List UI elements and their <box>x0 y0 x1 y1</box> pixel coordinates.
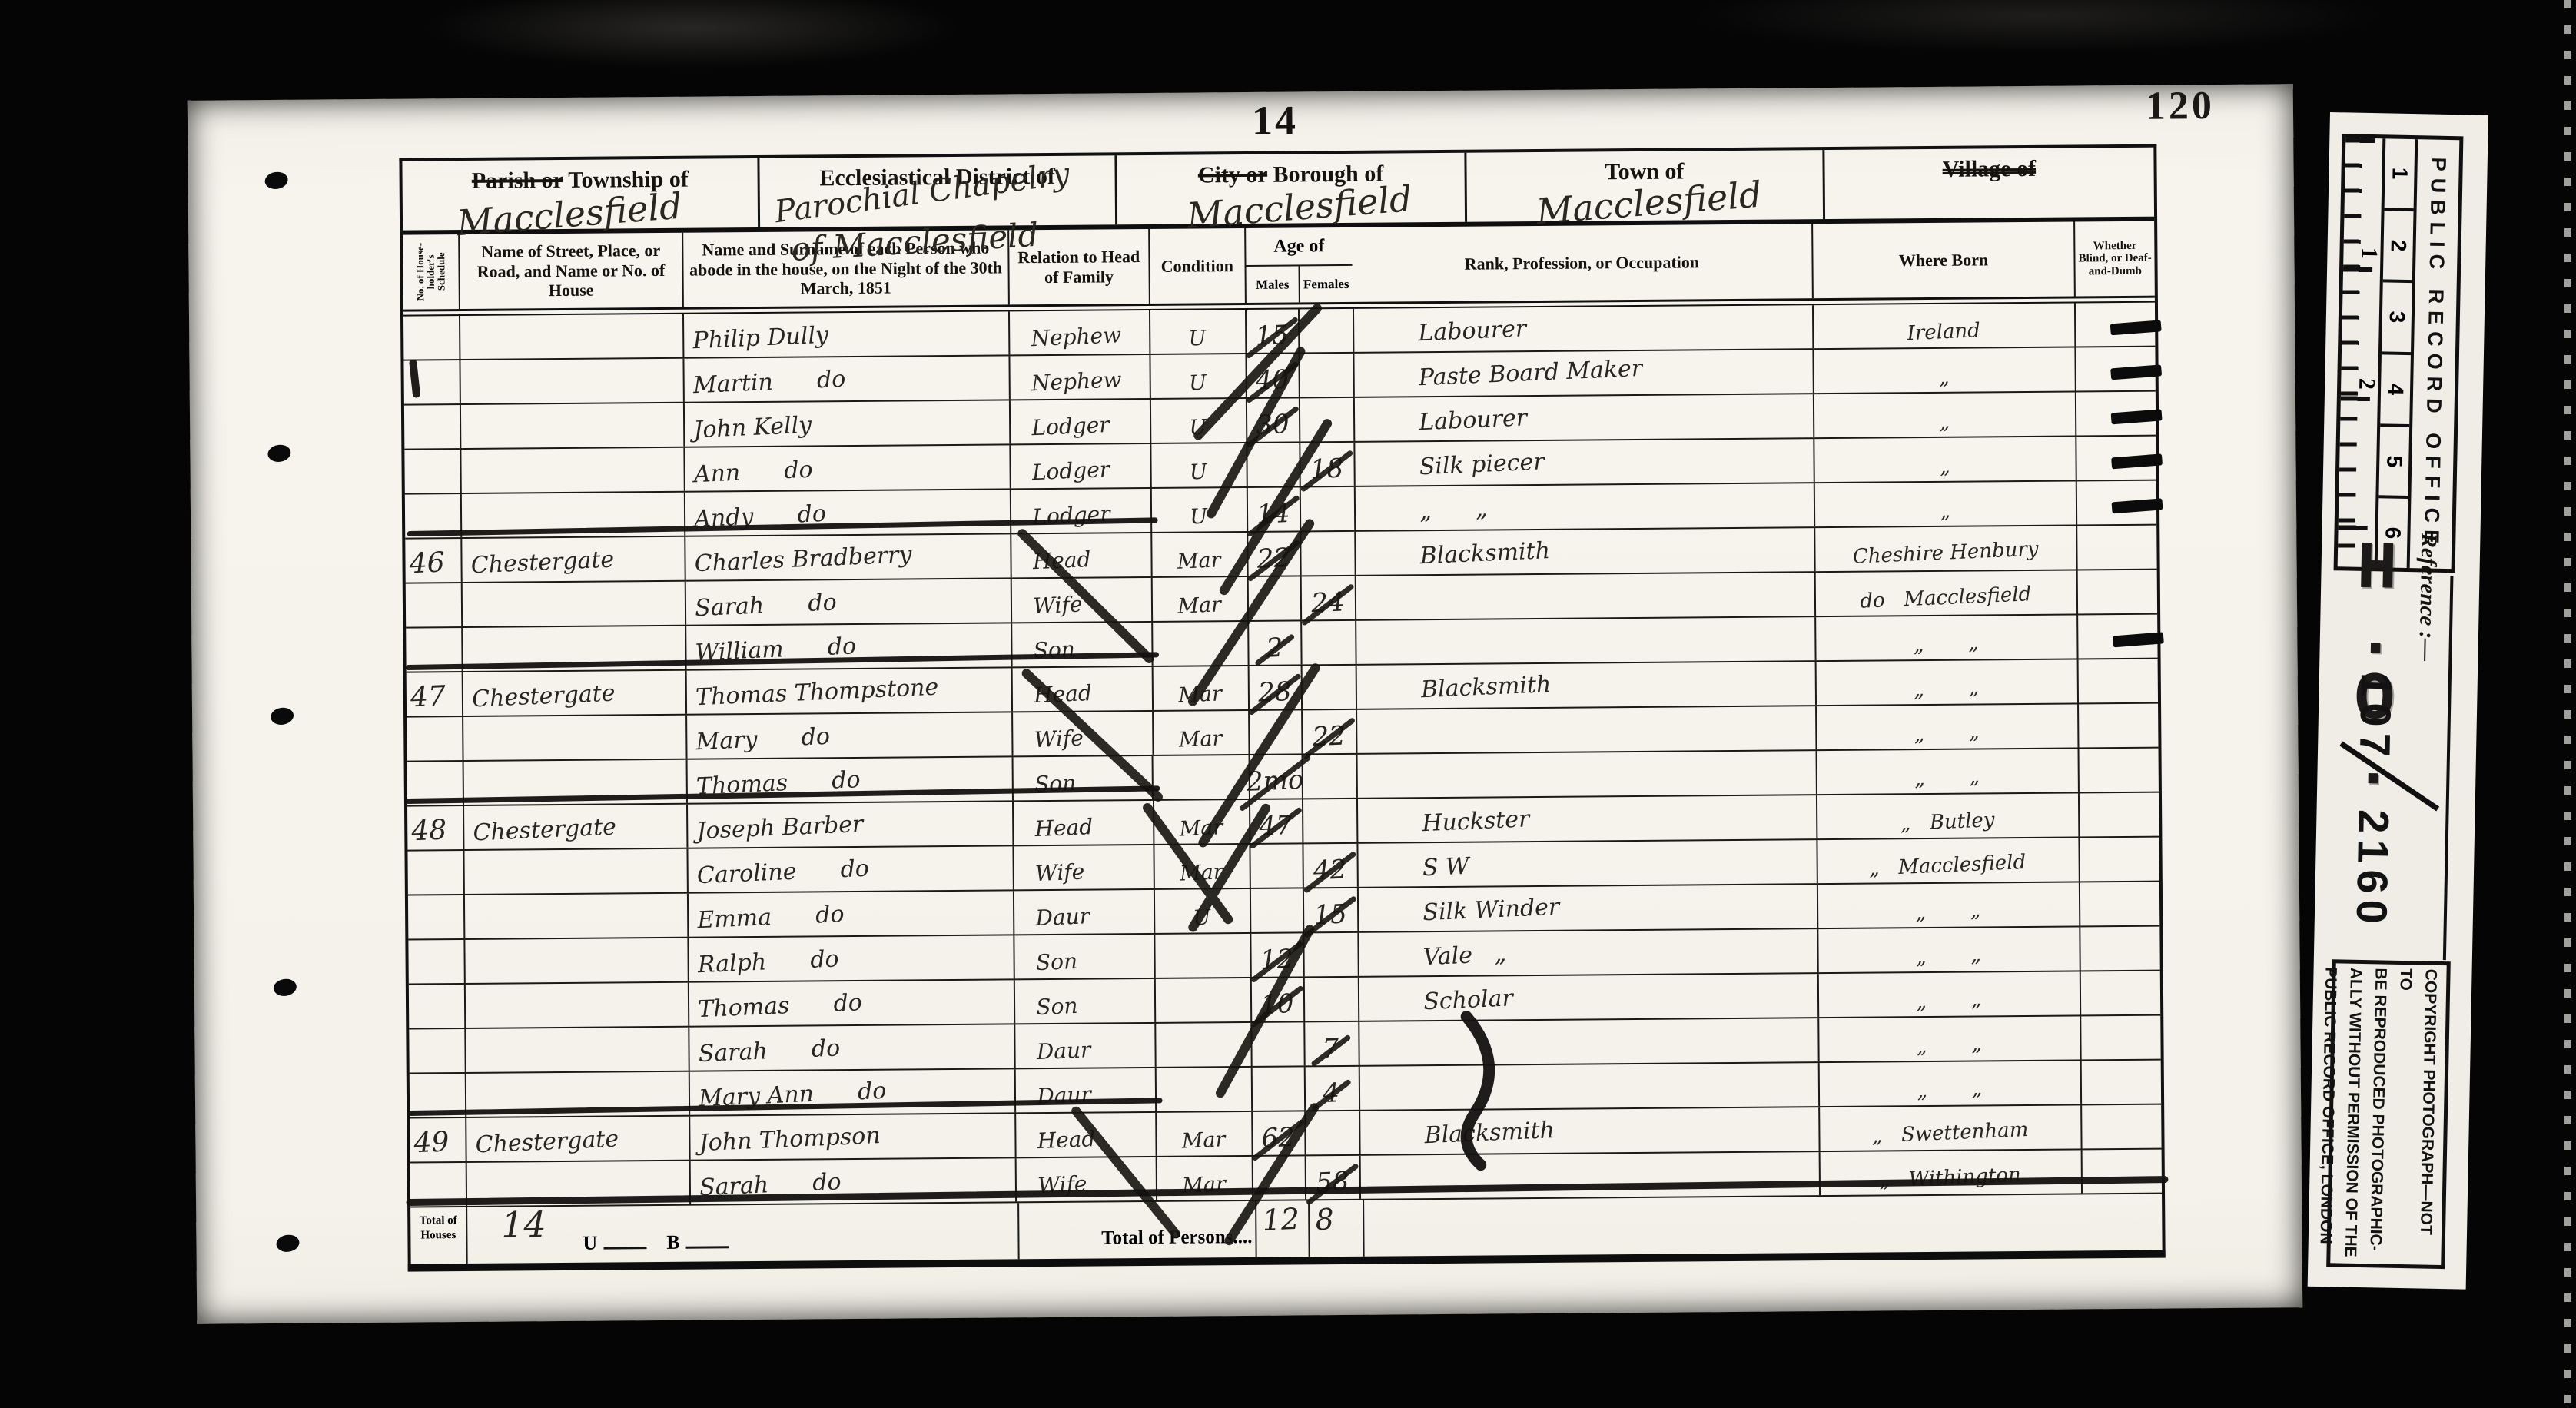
street-cell <box>464 1028 688 1072</box>
born-cell: „ „ <box>1815 749 2078 794</box>
street-value: Chestergate <box>463 816 617 849</box>
name-value: Mary do <box>686 726 831 759</box>
age-male-value <box>1277 1107 1280 1111</box>
occupation-value: Scholar <box>1358 987 1513 1021</box>
ruler-cell: 5 <box>2378 427 2409 499</box>
age-female-cell <box>1300 621 1355 665</box>
age-male-value <box>1276 929 1279 932</box>
relation-value: Son <box>1013 772 1077 800</box>
condition-cell: Mar <box>1155 1112 1252 1156</box>
relation-value: Head <box>1011 549 1092 577</box>
condition-cell <box>1154 1068 1251 1111</box>
street-cell <box>464 1072 688 1117</box>
blind-cell <box>2078 749 2159 792</box>
condition-value: U <box>1190 506 1208 532</box>
born-value: „ Swettenham <box>1871 1120 2029 1151</box>
punch-hole <box>264 171 289 191</box>
born-value: „ „ <box>1917 1079 1983 1106</box>
ruler: 1 2 1 2 3 4 5 6 PUBLIC RECORD OFFICE <box>2334 134 2464 573</box>
age-male-cell <box>1250 844 1303 888</box>
age-female-value: 42 <box>1311 856 1349 887</box>
age-female-cell <box>1300 487 1354 531</box>
relation-value: Lodger <box>1011 459 1111 488</box>
name-cell: Andy do <box>684 490 1011 535</box>
relation-cell: Wife <box>1015 1157 1156 1201</box>
occupation-cell <box>1358 1018 1817 1065</box>
blind-cell <box>2076 570 2157 614</box>
ink-mark <box>2111 453 2163 469</box>
born-value: „ „ <box>1914 767 1980 794</box>
born-cell: „ „ <box>1814 615 2077 660</box>
born-cell: do Macclesfield <box>1814 570 2076 616</box>
age-female-value <box>1329 1018 1333 1021</box>
name-cell: John Thompson <box>689 1114 1015 1159</box>
born-value: „ <box>1938 367 1950 392</box>
header-age-label: Age of <box>1246 227 1352 267</box>
name-cell: John Kelly <box>683 400 1010 446</box>
age-female-cell <box>1298 309 1353 353</box>
street-value <box>466 1068 475 1072</box>
schedule-value <box>410 1202 415 1206</box>
copyright-line: COPYRIGHT PHOTOGRAPH—NOT TO <box>2387 968 2442 1261</box>
age-female-value <box>1331 1151 1334 1154</box>
age-male-cell: 28 <box>1248 666 1301 709</box>
name-value: Charles Bradberry <box>685 543 912 580</box>
ruler-cell: 4 <box>2380 354 2411 427</box>
blind-cell <box>2074 303 2155 347</box>
condition-cell: Mar <box>1150 533 1247 576</box>
name-value: Sarah do <box>689 1037 841 1070</box>
punch-hole <box>267 443 292 463</box>
name-cell: Charles Bradberry <box>684 534 1011 579</box>
age-male-value <box>1277 1197 1280 1200</box>
condition-cell <box>1154 1023 1251 1067</box>
relation-cell: Son <box>1012 756 1153 800</box>
name-value: Ralph do <box>688 948 839 981</box>
occupation-cell: Blacksmith <box>1355 662 1814 709</box>
age-female-value <box>1325 438 1328 441</box>
blind-cell <box>2076 526 2157 570</box>
punch-hole <box>270 706 295 726</box>
age-male-cell: 47 <box>1249 799 1302 843</box>
town-cell: Town of Macclesfield <box>1465 150 1823 222</box>
born-value: „ Macclesfield <box>1869 852 2027 883</box>
total-persons-label: Total of Persons.... <box>1017 1201 1256 1259</box>
condition-value: U <box>1188 373 1207 398</box>
total-houses-cell: 14 UB <box>466 1203 1018 1264</box>
street-cell <box>463 894 687 938</box>
age-male-cell <box>1246 443 1299 486</box>
street-value <box>461 488 470 493</box>
occupation-value <box>1357 746 1422 753</box>
relation-cell: Head <box>1012 801 1153 845</box>
age-female-value <box>1325 349 1328 352</box>
relation-cell: Lodger <box>1010 444 1150 488</box>
name-value: John Thompson <box>689 1124 881 1160</box>
name-value: Thomas do <box>689 991 863 1026</box>
microfilm-background: 14 120 <box>0 0 2576 1408</box>
census-form: Parish or Township of Macclesfield Eccle… <box>399 144 2165 1272</box>
folio-number: 14 <box>1252 96 1298 144</box>
relation-value: Wife <box>1011 593 1084 622</box>
total-houses-label: Total of Houses <box>410 1207 466 1264</box>
age-female-cell: 18 <box>1299 443 1353 486</box>
name-cell: Ann do <box>683 445 1010 490</box>
condition-cell <box>1152 755 1249 799</box>
reference-label: Reference :— <box>2413 533 2441 661</box>
village-cell: Village of <box>1822 148 2154 219</box>
condition-value: Mar <box>1180 862 1224 888</box>
condition-value: Mar <box>1182 1174 1227 1200</box>
occupation-cell <box>1354 573 1814 619</box>
total-houses-value: 14 <box>501 1204 546 1245</box>
relation-value: Son <box>1014 995 1078 1023</box>
condition-cell: Mar <box>1151 666 1248 710</box>
relation-cell: Wife <box>1013 845 1154 889</box>
born-value: „ „ <box>1913 633 1979 660</box>
total-males-value: 12 <box>1262 1204 1300 1235</box>
street-value <box>466 1112 476 1117</box>
relation-value: Nephew <box>1010 369 1123 399</box>
age-male-cell: 12 <box>1250 933 1303 977</box>
age-male-value: 10 <box>1259 991 1296 1021</box>
schedule-cell <box>407 717 462 761</box>
born-cell: „ „ <box>1817 971 2080 1017</box>
relation-cell: Head <box>1010 533 1150 577</box>
age-female-cell <box>1302 755 1356 799</box>
blind-cell <box>2078 793 2159 837</box>
total-males-cell: 12 <box>1255 1200 1309 1257</box>
age-female-value <box>1327 661 1330 664</box>
blind-cell <box>2077 659 2158 703</box>
schedule-value <box>407 801 412 805</box>
schedule-cell <box>408 940 463 984</box>
reference-series: 107 <box>2350 672 2402 764</box>
blind-cell <box>2079 838 2159 882</box>
schedule-cell <box>409 985 464 1028</box>
age-male-value <box>1275 885 1278 888</box>
street-value: Chestergate <box>461 549 615 582</box>
born-value: „ „ <box>1916 990 1982 1017</box>
age-male-value: 2mo <box>1245 767 1306 799</box>
condition-cell: U <box>1153 889 1250 933</box>
age-male-cell <box>1251 1067 1304 1111</box>
street-value <box>465 978 474 983</box>
header-females: Females <box>1299 266 1353 303</box>
film-smudge <box>1691 0 2382 54</box>
occupation-value <box>1359 1058 1424 1065</box>
occupation-cell: „ „ <box>1353 483 1813 530</box>
schedule-value <box>404 444 409 448</box>
age-female-cell: 22 <box>1301 710 1356 754</box>
condition-cell: Mar <box>1155 1157 1252 1200</box>
schedule-cell <box>405 494 460 538</box>
relation-cell: Son <box>1014 979 1154 1023</box>
relation-value: Son <box>1011 639 1075 666</box>
name-cell: Sarah do <box>684 579 1011 624</box>
age-male-value: 47 <box>1257 812 1295 843</box>
schedule-cell <box>408 895 463 939</box>
name-cell: Thomas do <box>688 980 1014 1025</box>
born-cell: Cheshire Henbury <box>1814 526 2076 571</box>
relation-value: Wife <box>1014 861 1086 889</box>
occupation-cell: Vale „ <box>1357 929 1817 976</box>
born-value: Ireland <box>1907 320 1981 347</box>
street-value <box>460 399 470 403</box>
born-cell: „ <box>1813 482 2076 527</box>
street-cell <box>460 493 684 537</box>
name-cell: William do <box>685 623 1011 669</box>
condition-cell: U <box>1149 399 1246 443</box>
age-female-cell: 58 <box>1305 1156 1359 1200</box>
occupation-value: Silk piecer <box>1354 450 1545 486</box>
schedule-value <box>405 489 410 493</box>
name-value: Thomas do <box>686 769 861 803</box>
relation-cell: Daur <box>1013 890 1154 934</box>
born-cell: „ Withington <box>1818 1150 2081 1195</box>
born-cell: „ „ <box>1817 1061 2080 1106</box>
name-cell: Sarah do <box>688 1024 1014 1070</box>
street-value <box>464 800 473 805</box>
relation-value: Wife <box>1016 1173 1088 1201</box>
age-male-value: 40 <box>1253 367 1291 397</box>
header-age: Age of Males Females <box>1244 227 1353 303</box>
age-male-cell: 2mo <box>1249 755 1302 799</box>
age-female-value <box>1328 795 1331 798</box>
blind-cell <box>2075 347 2156 391</box>
age-male-cell: 15 <box>1245 309 1298 353</box>
schedule-cell <box>406 583 461 627</box>
occupation-value: Huckster <box>1357 808 1530 842</box>
header-born: Where Born <box>1811 222 2074 299</box>
occupation-cell <box>1358 1063 1817 1110</box>
age-female-value <box>1325 394 1328 397</box>
born-value: „ <box>1940 501 1951 526</box>
ruler-cell: 3 <box>2382 283 2412 355</box>
occupation-value <box>1356 657 1421 664</box>
age-female-cell: 15 <box>1303 888 1357 932</box>
street-value <box>463 755 473 760</box>
reference-piece: 2160 <box>2347 809 2399 931</box>
copyright-text: COPYRIGHT PHOTOGRAPH—NOT TO BE REPRODUCE… <box>2334 967 2442 1261</box>
name-value: William do <box>685 635 857 669</box>
born-cell: „ <box>1812 348 2075 394</box>
schedule-cell: 47 <box>407 672 462 716</box>
condition-value: U <box>1189 462 1207 487</box>
born-cell: „ Macclesfield <box>1816 838 2079 883</box>
occupation-value <box>1361 1192 1426 1199</box>
condition-cell <box>1154 978 1250 1022</box>
born-cell: „ „ <box>1817 927 2080 972</box>
relation-cell: Wife <box>1011 578 1151 622</box>
name-cell: Emma do <box>687 891 1014 936</box>
age-male-cell <box>1247 576 1300 620</box>
street-cell <box>460 403 683 448</box>
relation-value: Head <box>1013 816 1094 845</box>
schedule-value <box>406 667 410 671</box>
age-female-value <box>1329 973 1333 976</box>
street-cell <box>463 938 687 983</box>
born-value: do Macclesfield <box>1860 584 2032 616</box>
condition-cell: U <box>1150 443 1247 487</box>
name-value: Philip Dully <box>683 324 829 357</box>
born-value: „ „ <box>1914 722 1980 749</box>
age-female-value: 58 <box>1313 1168 1351 1199</box>
condition-cell: Mar <box>1150 577 1247 621</box>
ink-mark <box>2111 409 2163 424</box>
street-cell: Chestergate <box>461 671 685 716</box>
name-value: Ann do <box>684 459 813 491</box>
punch-hole <box>275 1234 300 1254</box>
schedule-cell: 46 <box>405 539 460 583</box>
blind-cell <box>2081 1150 2162 1194</box>
street-cell <box>460 582 684 626</box>
schedule-cell: 49 <box>410 1118 465 1162</box>
condition-cell: Mar <box>1153 845 1250 888</box>
age-male-value: 62 <box>1260 1124 1297 1155</box>
condition-cell: U <box>1149 354 1246 398</box>
street-cell <box>465 1161 689 1206</box>
relation-cell: Nephew <box>1009 355 1150 399</box>
street-cell <box>461 626 685 671</box>
township-cell: Parish or Township of Macclesfield <box>402 158 758 231</box>
schedule-cell <box>403 360 459 404</box>
age-male-cell: 40 <box>1246 354 1299 397</box>
schedule-value <box>405 533 410 537</box>
age-female-value <box>1329 839 1332 842</box>
name-value: Caroline do <box>687 858 869 892</box>
occupation-value: Blacksmith <box>1359 1119 1555 1154</box>
uninhabited-building-labels: UB <box>583 1230 749 1255</box>
age-female-cell <box>1301 666 1356 709</box>
name-cell: Thomas Thompstone <box>685 668 1011 713</box>
occupation-cell: Blacksmith <box>1359 1107 1818 1154</box>
blind-cell <box>2076 615 2157 659</box>
blind-cell <box>2080 1016 2161 1060</box>
inch-mark: 2 <box>2353 378 2379 390</box>
schedule-value <box>409 1024 413 1028</box>
name-value: Joseph Barber <box>687 813 864 848</box>
name-cell: Caroline do <box>686 846 1013 892</box>
schedule-value: 48 <box>407 816 448 849</box>
street-value <box>464 889 473 894</box>
condition-value: Mar <box>1178 683 1223 709</box>
occupation-value: Silk Winder <box>1358 896 1560 931</box>
header-males: Males <box>1247 266 1299 303</box>
name-cell: Martin do <box>682 356 1009 401</box>
blind-cell <box>2079 882 2159 926</box>
name-cell: Sarah do <box>689 1158 1015 1204</box>
age-female-cell <box>1303 978 1358 1021</box>
condition-value: Mar <box>1178 728 1223 754</box>
reference-divider <box>2443 576 2454 960</box>
occupation-value: Paste Board Maker <box>1353 357 1643 397</box>
age-male-value: 12 <box>1258 946 1296 977</box>
born-value: „ <box>1939 457 1950 481</box>
film-edge-marks <box>2564 0 2571 1408</box>
inch-mark: 1 <box>2355 247 2382 260</box>
condition-cell: U <box>1150 488 1247 532</box>
born-value: „ „ <box>1916 1034 1982 1061</box>
born-value: „ „ <box>1914 678 1980 705</box>
relation-cell: Lodger <box>1009 400 1150 443</box>
name-value: Mary Ann do <box>689 1080 886 1115</box>
relation-value: Nephew <box>1009 324 1122 354</box>
archive-strip: 1 2 1 2 3 4 5 6 PUBLIC RECORD OFFICE Ref… <box>2308 112 2488 1290</box>
schedule-value <box>407 756 411 760</box>
schedule-cell <box>407 762 463 805</box>
age-female-value <box>1327 706 1330 709</box>
relation-value: Lodger <box>1011 503 1111 533</box>
header-occupation: Rank, Profession, or Occupation <box>1352 224 1811 302</box>
occupation-value: S W <box>1357 855 1469 887</box>
blind-cell <box>2076 437 2156 480</box>
age-male-cell: 22 <box>1247 532 1300 576</box>
age-male-cell: 14 <box>1247 487 1300 531</box>
header-condition: Condition <box>1148 228 1245 304</box>
name-cell: Mary do <box>685 712 1012 758</box>
occupation-value: Labourer <box>1353 407 1527 441</box>
schedule-cell <box>410 1163 466 1207</box>
age-male-cell: 2 <box>1247 621 1300 665</box>
relation-cell: Son <box>1014 935 1154 978</box>
street-value <box>461 443 470 448</box>
name-cell: Philip Dully <box>682 311 1009 357</box>
relation-value: Son <box>1014 951 1078 978</box>
relation-value: Daur <box>1015 1084 1092 1112</box>
town-value: Macclesfield <box>1535 174 1763 233</box>
relation-cell: Lodger <box>1010 489 1150 533</box>
occupation-value: Blacksmith <box>1356 673 1552 709</box>
ink-mark <box>2113 632 2164 647</box>
occupation-value: Vale „ <box>1358 943 1507 976</box>
occupation-value <box>1360 1103 1425 1110</box>
schedule-value: 46 <box>404 549 446 582</box>
schedule-cell <box>406 628 461 672</box>
name-cell: Ralph do <box>687 935 1014 981</box>
schedule-value <box>410 1113 414 1117</box>
occupation-cell: Scholar <box>1357 974 1817 1021</box>
born-cell: „ <box>1813 437 2076 483</box>
street-value <box>463 666 472 671</box>
age-female-cell: 7 <box>1303 1022 1358 1066</box>
age-female-cell: 42 <box>1302 844 1356 888</box>
schedule-value <box>403 355 408 359</box>
age-male-cell <box>1248 710 1301 754</box>
age-male-cell <box>1252 1156 1305 1200</box>
street-cell <box>462 716 685 760</box>
header-schedule: No. of House-holder's Schedule <box>403 234 459 310</box>
born-cell: „ „ <box>1814 659 2077 705</box>
age-male-value: 30 <box>1254 411 1292 442</box>
age-male-cell: 10 <box>1250 978 1303 1021</box>
street-cell <box>459 359 682 403</box>
occupation-value <box>1358 791 1422 798</box>
age-male-cell <box>1250 888 1303 932</box>
relation-cell: Son <box>1011 623 1151 666</box>
condition-cell: U <box>1149 310 1246 354</box>
street-value: Chestergate <box>462 682 616 716</box>
schedule-value: 49 <box>409 1128 450 1161</box>
street-cell: Chestergate <box>463 805 686 849</box>
ruler-cell: 2 <box>2383 211 2414 283</box>
occupation-cell <box>1356 751 1815 798</box>
street-cell <box>462 760 685 805</box>
street-value <box>465 934 474 938</box>
schedule-cell: 48 <box>407 806 463 850</box>
blind-cell <box>2080 927 2160 971</box>
header-blind: Whether Blind, or Deaf-and-Dumb <box>2073 221 2154 297</box>
